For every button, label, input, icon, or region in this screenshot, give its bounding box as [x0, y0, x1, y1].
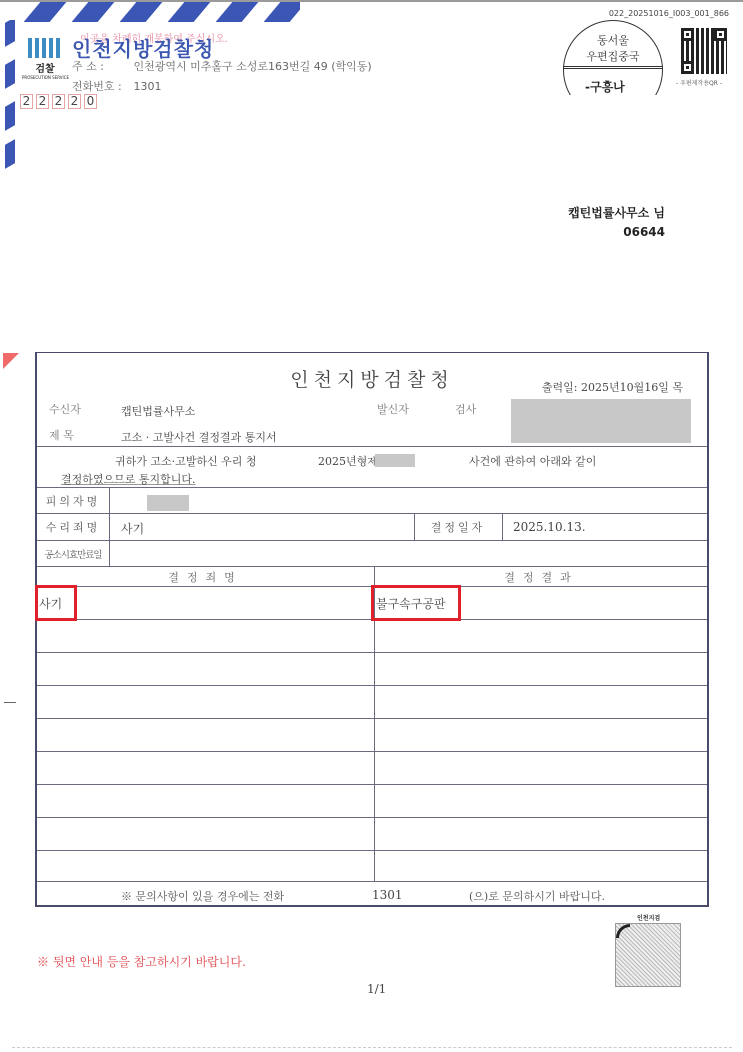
- recipient-value: 캡틴법률사무소: [121, 403, 195, 419]
- footer-inquiry-b: (으)로 문의하시기 바랍니다.: [469, 888, 605, 904]
- postcode-digit: 2: [36, 94, 49, 109]
- redacted-suspect-name: [147, 495, 189, 511]
- airmail-stripe-left: [3, 20, 17, 170]
- footer-inquiry-phone: 1301: [372, 888, 403, 902]
- highlight-result: [371, 585, 461, 621]
- recipient-name: 캡틴법률사무소 님: [568, 204, 665, 221]
- postcode-digit: 2: [68, 94, 81, 109]
- qr-caption: - 우편제작용QR -: [676, 78, 722, 87]
- notice-line1-b: 사건에 관하여 아래와 같이: [469, 453, 596, 469]
- sender-value: 검사: [455, 401, 476, 417]
- airmail-stripe-top: [10, 2, 300, 24]
- logo-label: 검찰: [22, 60, 68, 75]
- recipient-postcode: 06644: [623, 225, 665, 239]
- address-value: 인천광역시 미추홀구 소성로163번길 49 (학익동): [134, 60, 372, 73]
- decision-date-label: 결정일자: [414, 519, 502, 535]
- seal-label: 인천지검: [637, 913, 660, 922]
- statute-expiry-label: 공소시효만료일: [37, 547, 109, 561]
- sender-phone: 전화번호 : 1301: [72, 78, 162, 94]
- page-number: 1/1: [367, 982, 386, 996]
- bottom-dash: [12, 1047, 732, 1048]
- postcode-digit: 0: [84, 94, 97, 109]
- corner-marker-icon: [3, 353, 19, 369]
- back-side-note: ※ 뒷면 안내 등을 참고하시기 바랍니다.: [37, 953, 246, 970]
- document-id: 022_20251016_I003_001_866: [609, 9, 729, 18]
- case-number-prefix: 2025년형제: [318, 453, 378, 469]
- redacted-case-number: [375, 454, 415, 467]
- charge-value: 사기: [121, 520, 144, 537]
- postmark-line2: 우편집중국: [563, 48, 663, 64]
- sender-address: 주 소 : 인천광역시 미추홀구 소성로163번길 49 (학익동): [72, 58, 372, 74]
- postmark-stamp: 동서울 우편집중국 -구흥나: [563, 20, 663, 95]
- notice-line2: 결정하였으므로 통지합니다.: [61, 471, 196, 487]
- notice-line1-a: 귀하가 고소·고발하신 우리 청: [115, 453, 257, 469]
- print-date: 출력일: 2025년10월16일 목: [542, 379, 683, 395]
- postmark-line3: -구흥나: [585, 78, 625, 95]
- charge-label: 수리죄명: [37, 519, 109, 535]
- sender-postcode: 2 2 2 2 0: [20, 94, 97, 109]
- postcode-digit: 2: [20, 94, 33, 109]
- postmark-line1: 동서울: [563, 32, 663, 48]
- fold-mark: [4, 702, 16, 703]
- recipient-label: 수신자: [49, 401, 81, 417]
- phone-value: 1301: [134, 80, 162, 93]
- decision-date-value: 2025.10.13.: [513, 520, 586, 534]
- logo-bars-icon: [28, 36, 68, 58]
- postal-qr-code-icon: [681, 28, 727, 74]
- address-label: 주 소 :: [72, 58, 130, 74]
- authentication-seal-code-icon: [615, 923, 681, 987]
- decision-notice-form: 인천지방검찰청 출력일: 2025년10월16일 목 수신자 캡틴법률사무소 발…: [35, 352, 709, 907]
- suspect-label: 피의자명: [37, 493, 109, 509]
- redacted-prosecutor: [511, 399, 691, 443]
- subject-value: 고소 · 고발사건 결정결과 통지서: [121, 429, 277, 445]
- phone-label: 전화번호 :: [72, 78, 130, 94]
- postcode-digit: 2: [52, 94, 65, 109]
- column-decided-charge: 결정죄명: [37, 569, 374, 585]
- prosecution-logo: 검찰 PROSECUTION SERVICE: [22, 36, 68, 80]
- column-decision-result: 결정결과: [374, 569, 709, 585]
- highlight-charge: [35, 585, 77, 621]
- subject-label: 제 목: [49, 427, 74, 443]
- sender-label: 발신자: [377, 401, 409, 417]
- logo-subtitle: PROSECUTION SERVICE: [22, 75, 68, 80]
- footer-inquiry-a: ※ 문의사항이 있을 경우에는 전화: [121, 888, 284, 904]
